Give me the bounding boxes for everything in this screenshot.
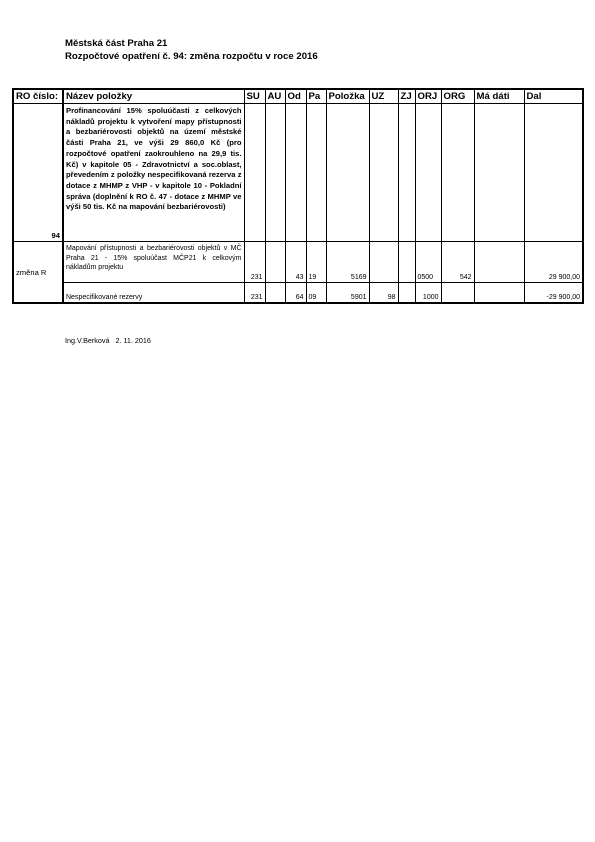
au-value: [265, 283, 285, 304]
budget-measure-table: RO číslo: Název položky SU AU Od Pa Polo…: [12, 88, 584, 304]
col-header-ro-number: RO číslo:: [13, 89, 63, 104]
uz-value: [369, 242, 398, 283]
dal-value: -29 900,00: [524, 283, 583, 304]
zj-value: [398, 242, 415, 283]
col-header-ma-dati: Má dáti: [474, 89, 524, 104]
col-header-dal: Dal: [524, 89, 583, 104]
organization-name: Městská část Praha 21: [65, 38, 167, 49]
item-name: Mapování přístupnosti a bezbariérovosti …: [63, 242, 244, 283]
author-and-date: Ing.V.Berková 2. 11. 2016: [65, 336, 151, 345]
polozka-value: 5169: [326, 242, 369, 283]
ma-dati-value: [474, 283, 524, 304]
uz-value: 98: [369, 283, 398, 304]
ro-number: 94: [13, 104, 63, 242]
col-header-au: AU: [265, 89, 285, 104]
col-header-zj: ZJ: [398, 89, 415, 104]
ma-dati-value: [474, 242, 524, 283]
measure-description: Profinancování 15% spoluúčasti z celkový…: [63, 104, 244, 242]
org-value: 542: [441, 242, 474, 283]
orj-value: 1000: [415, 283, 441, 304]
table-row: změna R Mapování přístupnosti a bezbarié…: [13, 242, 583, 283]
col-header-org: ORG: [441, 89, 474, 104]
su-value: 231: [244, 283, 265, 304]
change-label: změna R: [13, 242, 63, 304]
col-header-uz: UZ: [369, 89, 398, 104]
pa-value: 19: [306, 242, 326, 283]
col-header-od: Od: [285, 89, 306, 104]
col-header-su: SU: [244, 89, 265, 104]
col-header-orj: ORJ: [415, 89, 441, 104]
item-name: Nespecifikované rezervy: [63, 283, 244, 304]
orj-value: 0500: [415, 242, 441, 283]
col-header-pa: Pa: [306, 89, 326, 104]
pa-value: 09: [306, 283, 326, 304]
main-description-row: 94 Profinancování 15% spoluúčasti z celk…: [13, 104, 583, 242]
col-header-item-name: Název položky: [63, 89, 244, 104]
su-value: 231: [244, 242, 265, 283]
table-header-row: RO číslo: Název položky SU AU Od Pa Polo…: [13, 89, 583, 104]
table-row: Nespecifikované rezervy 231 64 09 5901 9…: [13, 283, 583, 304]
od-value: 64: [285, 283, 306, 304]
document-title: Rozpočtové opatření č. 94: změna rozpočt…: [65, 51, 318, 62]
polozka-value: 5901: [326, 283, 369, 304]
zj-value: [398, 283, 415, 304]
au-value: [265, 242, 285, 283]
org-value: [441, 283, 474, 304]
dal-value: 29 900,00: [524, 242, 583, 283]
od-value: 43: [285, 242, 306, 283]
col-header-polozka: Položka: [326, 89, 369, 104]
